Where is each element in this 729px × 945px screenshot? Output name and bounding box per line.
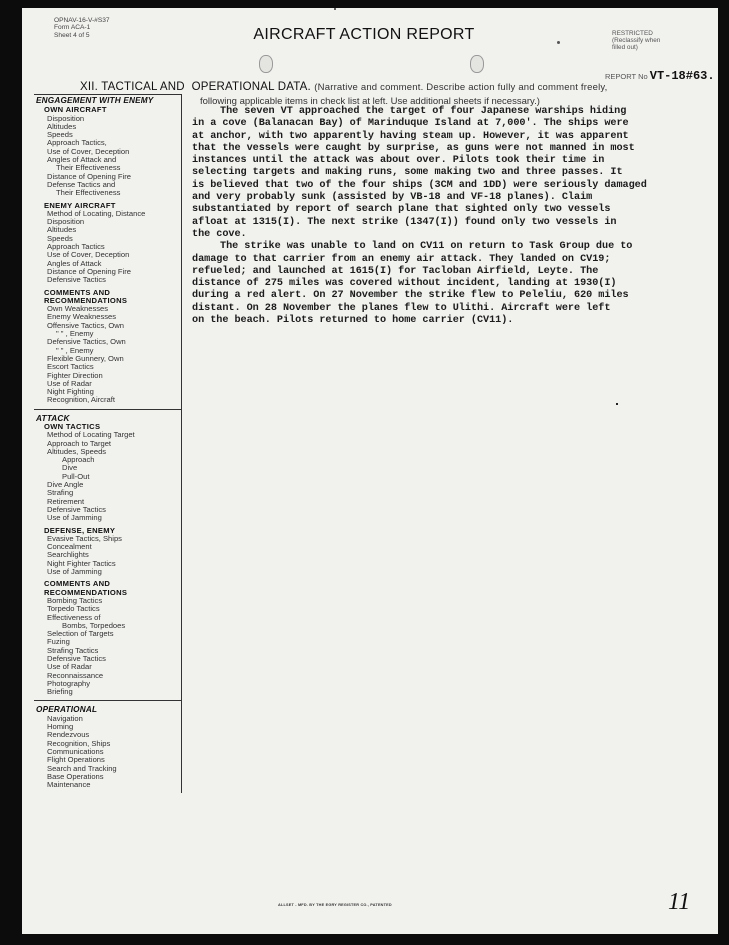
form-number: OPNAV-16-V-#S37 bbox=[54, 17, 110, 24]
checklist-item: Dive bbox=[34, 464, 181, 472]
section-heading: XII. TACTICAL AND OPERATIONAL DATA. (Nar… bbox=[80, 81, 607, 93]
checklist: ENGAGEMENT WITH ENEMY OWN AIRCRAFT Dispo… bbox=[34, 94, 182, 793]
checklist-item: Recognition, Aircraft bbox=[34, 396, 181, 404]
narrative-line: at anchor, with two apparently having st… bbox=[192, 131, 720, 143]
narrative-paragraph-2: The strike was unable to land on CV11 on… bbox=[192, 241, 720, 327]
narrative-line: distance of 275 miles was covered withou… bbox=[192, 278, 720, 290]
report-number: REPORT No VT-18#63. bbox=[605, 69, 715, 83]
narrative-line: the cove. bbox=[192, 229, 720, 241]
checklist-item: Use of Jamming bbox=[34, 568, 181, 576]
checklist-item: Briefing bbox=[34, 688, 181, 696]
narrative-line: is believed that two of the four ships (… bbox=[192, 180, 720, 192]
report-page: OPNAV-16-V-#S37 Form ACA-1 Sheet 4 of 5 … bbox=[22, 8, 718, 934]
engagement-comments-list: Own WeaknessesEnemy WeaknessesOffensive … bbox=[34, 305, 181, 405]
narrative-line: on the beach. Pilots returned to home ca… bbox=[192, 315, 720, 327]
checklist-engagement: ENGAGEMENT WITH ENEMY OWN AIRCRAFT Dispo… bbox=[34, 94, 182, 410]
checklist-item: Approach bbox=[34, 456, 181, 464]
attack-comments-list: Bombing TacticsTorpedo TacticsEffectiven… bbox=[34, 597, 181, 697]
classification-stamp: RESTRICTED (Reclassify when filled out) bbox=[612, 30, 660, 51]
enemy-aircraft-list: Method of Locating, DistanceDispositionA… bbox=[34, 210, 181, 285]
narrative-paragraph-1: The seven VT approached the target of fo… bbox=[192, 106, 720, 241]
defense-enemy-list: Evasive Tactics, ShipsConcealmentSearchl… bbox=[34, 535, 181, 576]
narrative-line: The strike was unable to land on CV11 on… bbox=[192, 241, 720, 253]
narrative-line: distant. On 28 November the planes flew … bbox=[192, 303, 720, 315]
binder-hole-icon bbox=[470, 55, 484, 73]
narrative-line: afloat at 1315(I). The next strike (1347… bbox=[192, 217, 720, 229]
narrative-line: instances until the attack was about ove… bbox=[192, 155, 720, 167]
report-number-value: VT-18#63. bbox=[650, 69, 715, 83]
page-number: 11 bbox=[668, 889, 690, 916]
own-tactics-list: Method of Locating TargetApproach to Tar… bbox=[34, 431, 181, 522]
narrative-line: The seven VT approached the target of fo… bbox=[192, 106, 720, 118]
report-number-label: REPORT No bbox=[605, 72, 648, 81]
narrative-line: that the vessels were caught by surprise… bbox=[192, 143, 720, 155]
binder-hole-icon bbox=[259, 55, 273, 73]
narrative-line: refueled; and launched at 1615(I) for Ta… bbox=[192, 266, 720, 278]
printer-imprint: ALLSET - MFD. BY THE EGRY REGISTER CO., … bbox=[278, 903, 392, 907]
own-aircraft-list: DispositionAltitudesSpeedsApproach Tacti… bbox=[34, 115, 181, 198]
narrative-line: damage to that carrier from an enemy air… bbox=[192, 254, 720, 266]
checklist-operational: OPERATIONAL NavigationHomingRendezvousRe… bbox=[34, 701, 182, 793]
checklist-item: Maintenance bbox=[34, 781, 181, 789]
narrative-line: during a red alert. On 27 November the s… bbox=[192, 290, 720, 302]
speck bbox=[334, 8, 336, 10]
checklist-item: Defensive Tactics bbox=[34, 276, 181, 284]
operational-list: NavigationHomingRendezvousRecognition, S… bbox=[34, 715, 181, 790]
section-instructions: (Narrative and comment. Describe action … bbox=[314, 82, 607, 93]
narrative-line: substantiated by report of search plane … bbox=[192, 204, 720, 216]
checklist-item: Their Effectiveness bbox=[34, 189, 181, 197]
checklist-attack: ATTACK OWN TACTICS Method of Locating Ta… bbox=[34, 410, 182, 702]
checklist-item: Altitudes, Speeds bbox=[34, 448, 181, 456]
speck bbox=[616, 403, 618, 405]
narrative-line: selecting targets and making runs, some … bbox=[192, 167, 720, 179]
narrative-line: and very probably sunk (assisted by VB-1… bbox=[192, 192, 720, 204]
narrative-line: in a cove (Balanacan Bay) of Marinduque … bbox=[192, 118, 720, 130]
narrative-text: The seven VT approached the target of fo… bbox=[192, 106, 720, 327]
checklist-item: Use of Jamming bbox=[34, 514, 181, 522]
